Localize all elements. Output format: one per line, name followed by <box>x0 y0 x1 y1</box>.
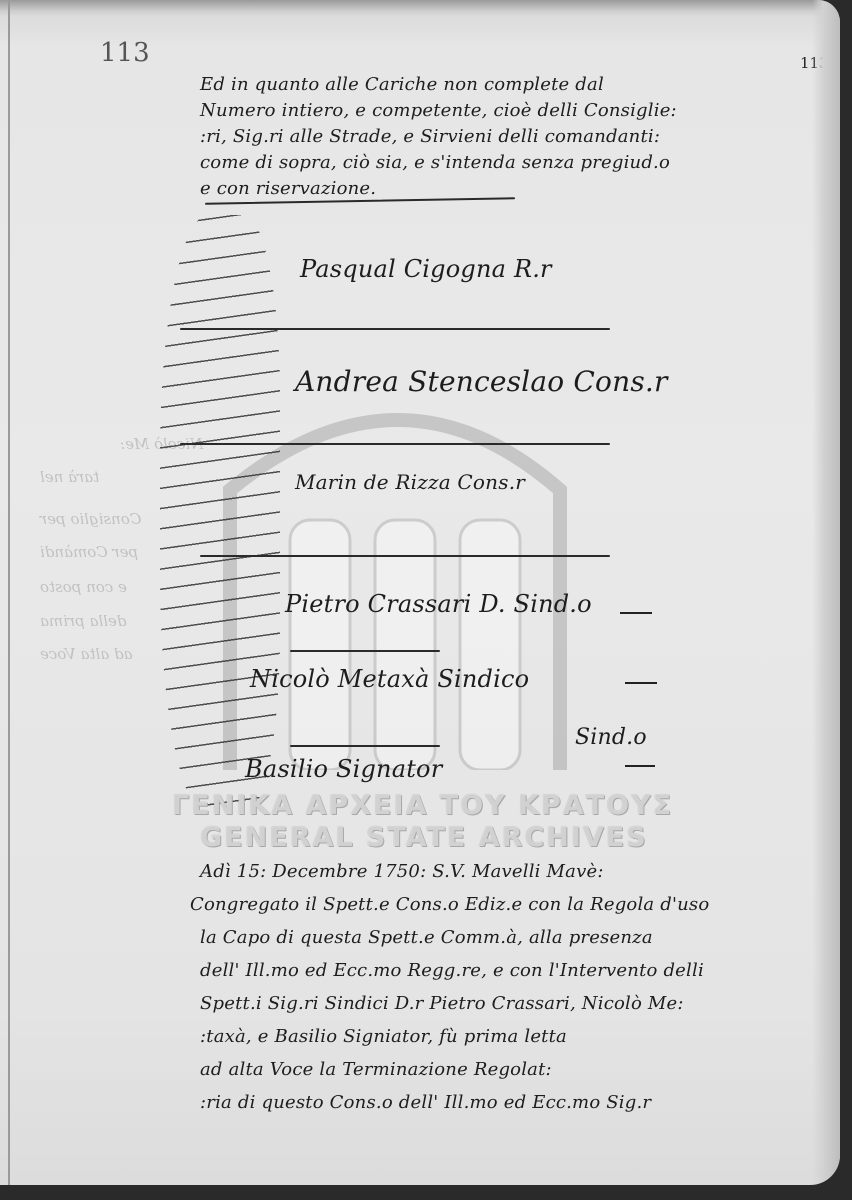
signatory-name: Nicolò Metaxà <box>250 665 430 693</box>
text-line: :ria di questo Cons.o dell' Ill.mo ed Ec… <box>200 1086 709 1119</box>
manuscript-page: Nicolò Me: tarà nel Consiglio per per Co… <box>0 0 840 1185</box>
bleed-through-text: tarà nel <box>40 468 99 486</box>
bleed-through-text: Consiglio per <box>40 510 141 528</box>
separator-rule <box>180 443 610 445</box>
watermark-greek: ΓΕΝΙΚΑ ΑΡΧΕΙΑ ΤΟΥ ΚΡΑΤΟΥΣ <box>172 790 673 821</box>
bleed-through-text: della prima <box>40 612 127 630</box>
text-line: ad alta Voce la Terminazione Regolat: <box>200 1053 709 1086</box>
signature-line: Andrea Stenceslao Cons.r <box>295 365 668 398</box>
bleed-through-text: per Comàndi <box>40 543 138 561</box>
bleed-through-text: e con posto <box>40 578 127 596</box>
signature-line: Nicolò Metaxà Sindico <box>250 665 529 693</box>
separator-rule <box>290 650 440 652</box>
text-line: :ri, Sig.ri alle Strade, e Sirvieni dell… <box>200 124 677 150</box>
separator-rule <box>290 745 440 747</box>
separator-rule <box>200 555 610 557</box>
text-line: Congregato il Spett.e Cons.o Ediz.e con … <box>190 888 709 921</box>
text-line: :taxà, e Basilio Signiator, fù prima let… <box>200 1020 709 1053</box>
text-line: Spett.i Sig.ri Sindici D.r Pietro Crassa… <box>200 987 709 1020</box>
text-line: Adì 15: Decembre 1750: S.V. Mavelli Mavè… <box>200 855 709 888</box>
watermark-english: GENERAL STATE ARCHIVES <box>200 822 648 853</box>
dash-mark <box>625 765 655 767</box>
text-line: come di sopra, ciò sia, e s'intenda senz… <box>200 150 677 176</box>
text-line: Numero intiero, e competente, cioè delli… <box>200 98 677 124</box>
crossed-out-margin-scribble <box>160 215 280 815</box>
bleed-through-text: ad alta Voce <box>40 645 133 663</box>
signature-line: Marin de Rizza Cons.r <box>295 470 525 494</box>
signature-line: Basilio Signator <box>245 755 442 783</box>
signatory-title: R.r <box>514 255 552 283</box>
text-line: la Capo di questa Spett.e Comm.à, alla p… <box>200 921 709 954</box>
dash-mark <box>625 682 657 684</box>
signatory-title: Sind.o <box>575 725 647 750</box>
signatory-title: D. Sind.o <box>479 590 591 618</box>
signature-line: Pasqual Cigogna R.r <box>300 255 552 283</box>
signature-line: Pietro Crassari D. Sind.o <box>285 590 592 618</box>
closing-paragraph: Adì 15: Decembre 1750: S.V. Mavelli Mavè… <box>200 855 709 1119</box>
separator-rule <box>180 328 610 330</box>
opening-paragraph: Ed in quanto alle Cariche non complete d… <box>200 72 677 202</box>
signatory-title: Sindico <box>437 665 529 693</box>
text-line: Ed in quanto alle Cariche non complete d… <box>200 72 677 98</box>
binding-gutter <box>8 0 10 1185</box>
folio-number-right: 113 <box>800 54 829 72</box>
signatory-title: Cons.r <box>573 365 667 398</box>
signatory-name: Pasqual Cigogna <box>300 255 506 283</box>
folio-number-left: 113 <box>100 38 150 68</box>
signatory-name: Marin de Rizza <box>295 470 451 494</box>
dash-mark <box>620 612 652 614</box>
signatory-title: Cons.r <box>457 470 525 494</box>
text-line: dell' Ill.mo ed Ecc.mo Regg.re, e con l'… <box>200 954 709 987</box>
signatory-name: Andrea Stenceslao <box>295 365 564 398</box>
signatory-name: Pietro Crassari <box>285 590 471 618</box>
signatory-name: Basilio Signator <box>245 755 442 783</box>
